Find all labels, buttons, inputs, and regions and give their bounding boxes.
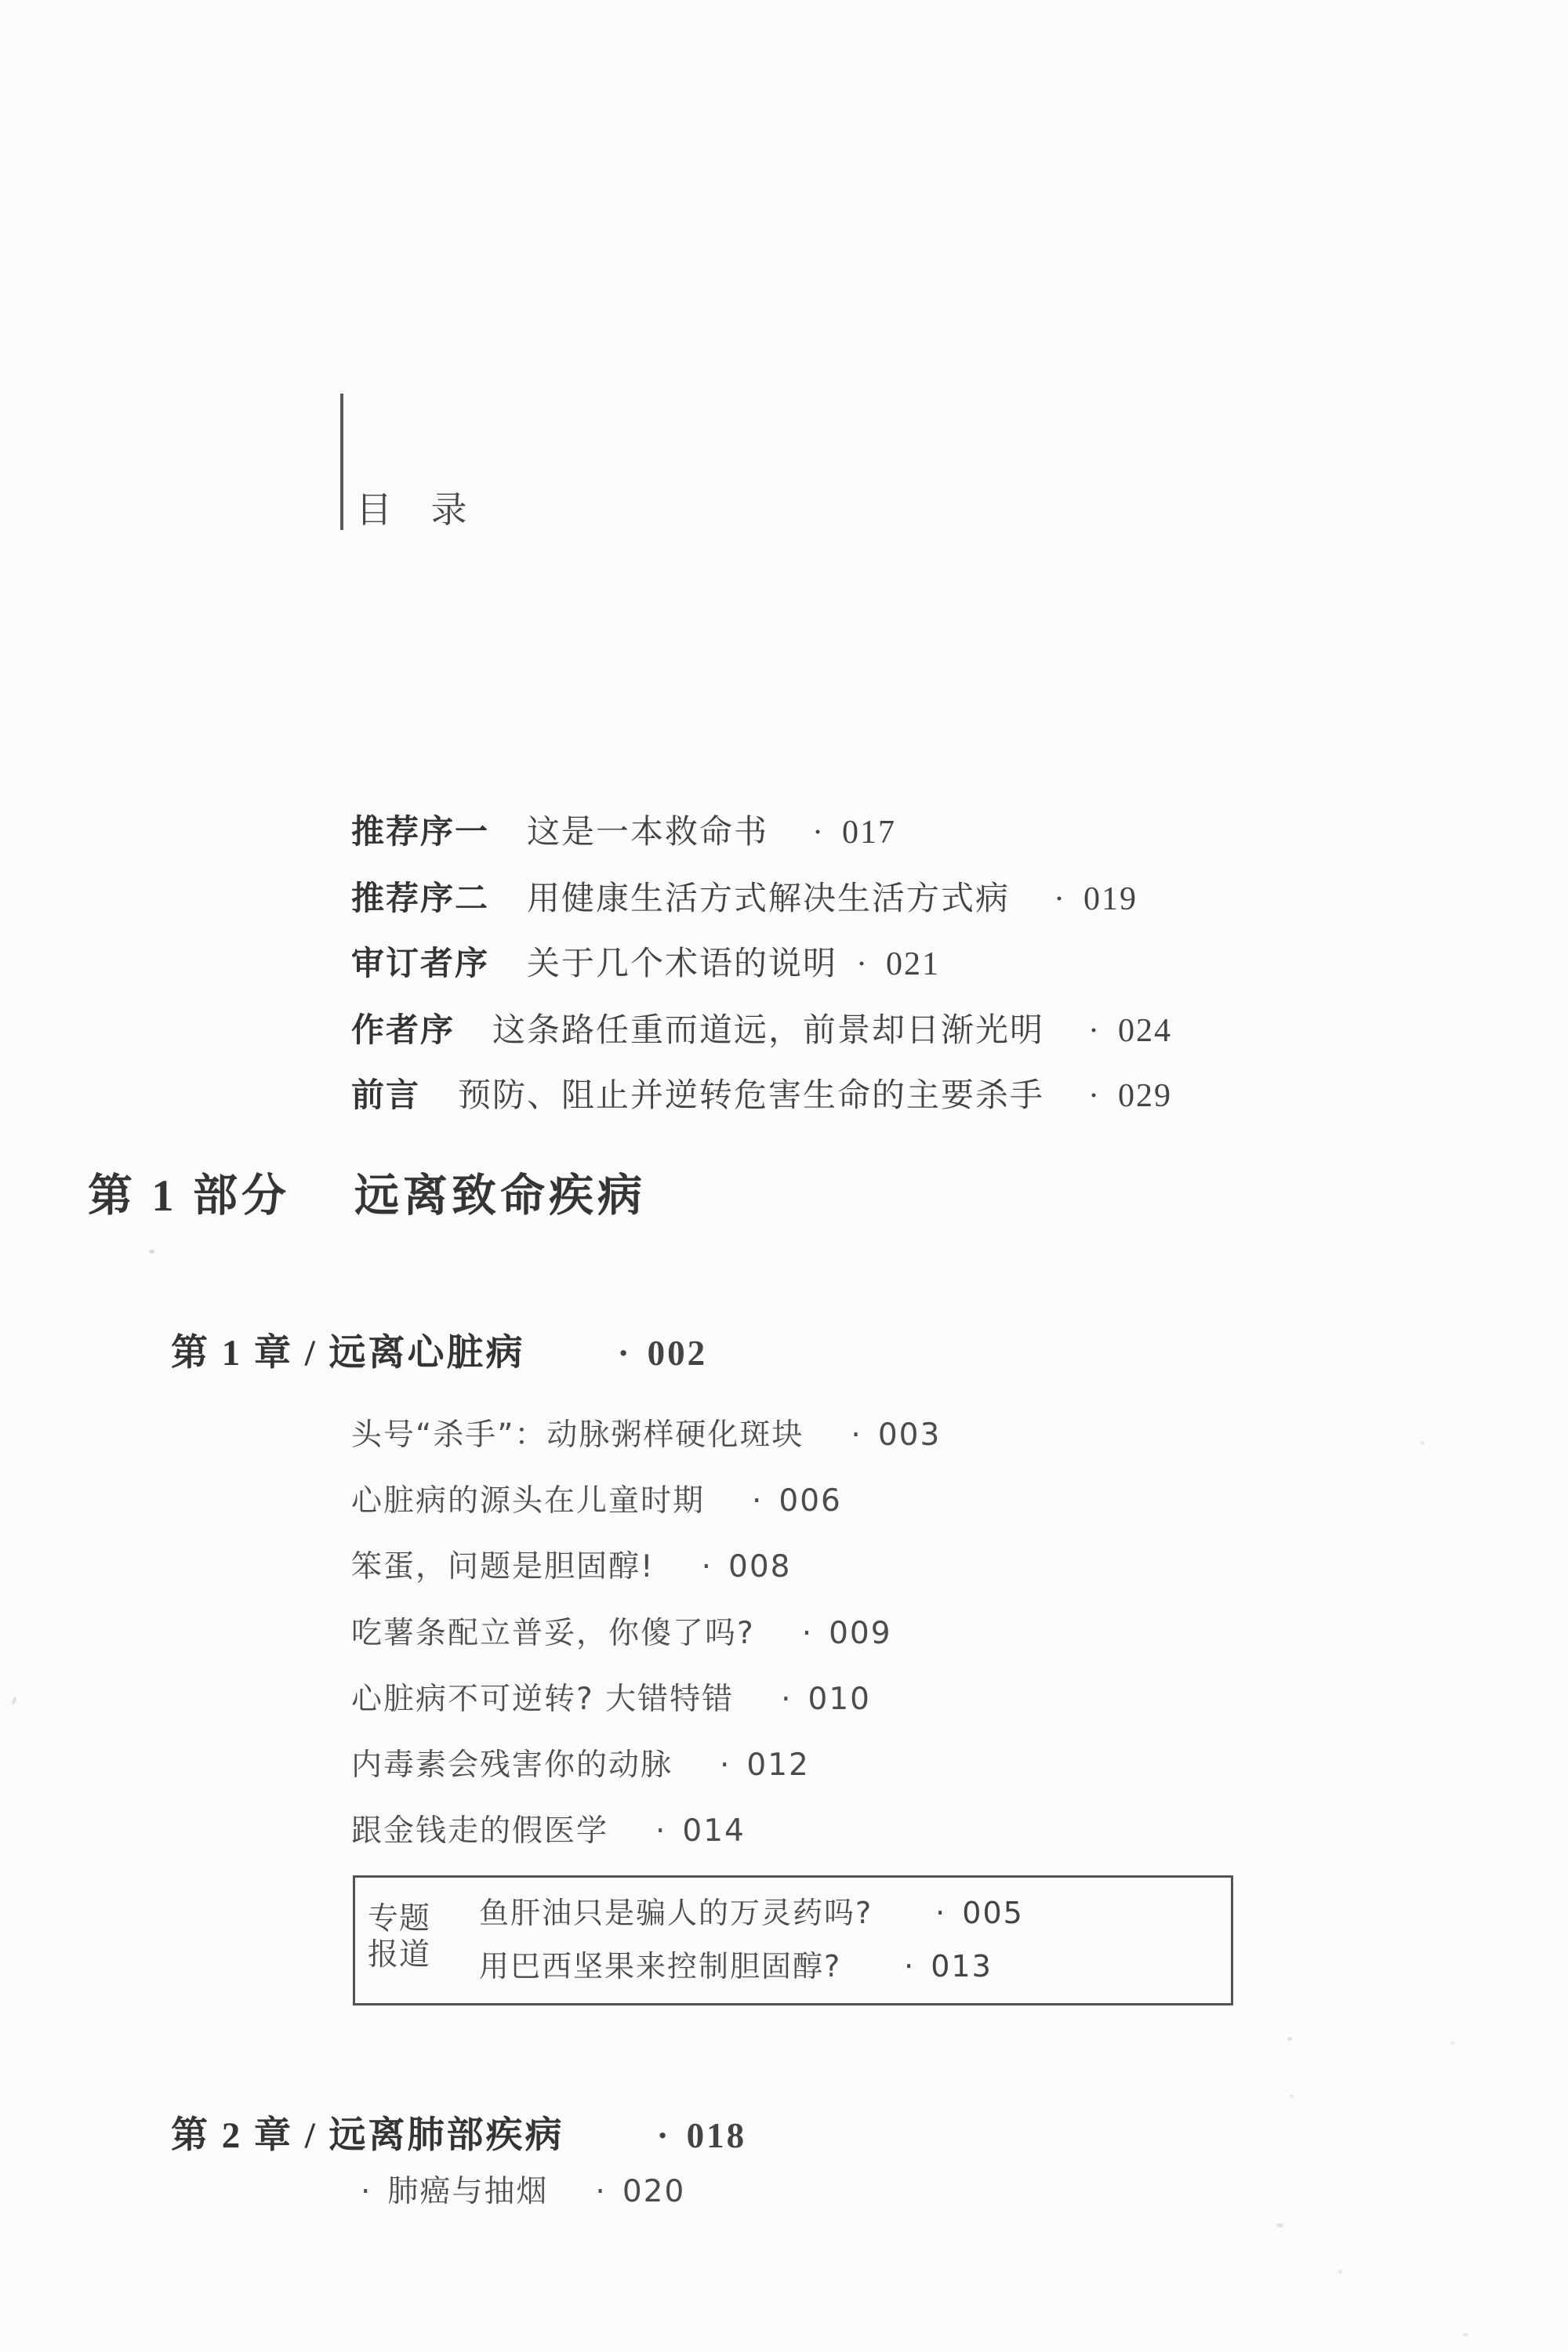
page-number-value: 009 [829,1615,891,1653]
dot-leader: · [904,1948,915,1984]
dot-leader: · [781,1681,792,1719]
page-number: ·018 [657,2114,747,2158]
chapter-title: 第 1 章 / 远离心脏病 [171,1331,525,1375]
page-number-value: 021 [886,945,940,984]
page-number: ·021 [856,945,940,984]
page-number: ·009 [802,1615,892,1653]
toc-entry-feature: 鱼肝油只是骗人的万灵药吗? ·005 [479,1895,1024,1931]
section-title: 内毒素会残害你的动脉 [351,1747,673,1784]
toc-entry-preface-5: 前言 预防、阻止并逆转危害生命的主要杀手 ·029 [351,1076,1172,1116]
section-title: 笨蛋，问题是胆固醇! [351,1548,655,1586]
dot-leader: · [812,813,825,852]
page-number: ·014 [655,1813,746,1850]
section-title: 心脏病不可逆转? 大错特错 [351,1681,734,1719]
item-bullet: · [361,2173,372,2211]
preface-title: 这是一本救命书 [527,813,768,852]
page-number: ·013 [904,1948,993,1984]
preface-title: 用健康生活方式解决生活方式病 [527,880,1010,919]
page-number-value: 005 [962,1895,1024,1931]
page-number: ·029 [1088,1076,1172,1116]
feature-title: 用巴西坚果来控制胆固醇? [479,1948,841,1984]
dot-leader: · [856,945,869,984]
chapter-1-heading: 第 1 章 / 远离心脏病 ·002 [171,1331,707,1375]
page-number: ·012 [720,1747,810,1784]
dot-leader: · [1088,1076,1101,1116]
preface-title: 预防、阻止并逆转危害生命的主要杀手 [458,1076,1044,1116]
dot-leader: · [1054,880,1066,919]
preface-label: 作者序 [351,1011,455,1051]
page-number: ·019 [1054,880,1138,919]
toc-entry-preface-2: 推荐序二 用健康生活方式解决生活方式病 ·019 [351,880,1138,919]
scan-speck [1276,2223,1283,2227]
page-number-value: 010 [808,1681,871,1719]
part-number: 第 1 部分 [88,1171,290,1221]
scan-speck [1421,1441,1425,1445]
toc-entry-section: 心脏病不可逆转? 大错特错 ·010 [351,1681,871,1719]
toc-entry-feature: 用巴西坚果来控制胆固醇? ·013 [479,1948,993,1984]
preface-label: 推荐序二 [351,880,489,919]
scan-speck [1287,2037,1292,2041]
part-title: 远离致命疾病 [354,1171,646,1221]
preface-title: 这条路任重而道远，前景却日渐光明 [492,1011,1044,1051]
page-number-value: 017 [842,813,896,852]
toc-entry-preface-1: 推荐序一 这是一本救命书 ·017 [351,813,896,852]
dot-leader: · [702,1548,713,1586]
page-number: ·002 [618,1331,708,1375]
page-number-value: 029 [1118,1076,1172,1116]
page-number: ·003 [851,1417,941,1454]
page-number: ·005 [935,1895,1024,1931]
dot-leader: · [752,1483,763,1520]
feature-box: 专题 报道 鱼肝油只是骗人的万灵药吗? ·005 用巴西坚果来控制胆固醇? ·0… [353,1875,1233,2005]
dot-leader: · [595,2173,606,2211]
toc-entry-section: 笨蛋，问题是胆固醇! ·008 [351,1548,792,1586]
preface-label: 推荐序一 [351,813,489,852]
toc-entry-preface-3: 审订者序 关于几个术语的说明 ·021 [351,945,940,984]
toc-entry-section: 心脏病的源头在儿童时期 ·006 [351,1483,842,1520]
toc-entry-section: 内毒素会残害你的动脉 ·012 [351,1747,810,1784]
dot-leader: · [618,1331,632,1375]
feature-box-label: 专题 报道 [368,1901,430,1973]
dot-leader: · [851,1417,862,1454]
toc-entry-preface-4: 作者序 这条路任重而道远，前景却日渐光明 ·024 [351,1011,1172,1051]
part-1-heading: 第 1 部分远离致命疾病 [88,1171,646,1221]
page-title: 目 录 [356,491,470,530]
scan-speck [11,1697,17,1706]
page-number-value: 008 [728,1548,791,1586]
dot-leader: · [655,1813,666,1850]
scan-speck [1338,2270,1342,2274]
dot-leader: · [935,1895,946,1931]
preface-label: 审订者序 [351,945,489,984]
page-number-value: 006 [779,1483,841,1520]
page-number: ·017 [812,813,896,852]
toc-page: { "glyphs": { "dot": "·" }, "toc": { "ti… [0,0,1568,2352]
toc-entry-section: · 肺癌与抽烟 ·020 [361,2173,685,2211]
scan-speck [1463,2333,1468,2336]
dot-leader: · [1088,1011,1101,1051]
scan-speck [149,1250,154,1254]
toc-entry-section: 跟金钱走的假医学 ·014 [351,1813,746,1850]
chapter-title: 第 2 章 / 远离肺部疾病 [171,2114,564,2158]
page-number-value: 002 [648,1331,708,1375]
dot-leader: · [657,2114,671,2158]
toc-entry-section: 头号“杀手”：动脉粥样硬化斑块 ·003 [351,1417,941,1454]
page-number-value: 020 [622,2173,685,2211]
page-number: ·020 [595,2173,685,2211]
chapter-2-heading: 第 2 章 / 远离肺部疾病 ·018 [171,2114,746,2158]
page-number-value: 019 [1083,880,1138,919]
page-number: ·024 [1088,1011,1172,1051]
page-number-value: 012 [746,1747,809,1784]
page-number-value: 014 [682,1813,745,1850]
section-title: 跟金钱走的假医学 [351,1813,608,1850]
section-title: 心脏病的源头在儿童时期 [351,1483,705,1520]
scan-speck [1450,2042,1454,2045]
page-number-value: 018 [687,2114,747,2158]
dot-leader: · [720,1747,731,1784]
section-title: 吃薯条配立普妥，你傻了吗? [351,1615,755,1653]
section-title: 肺癌与抽烟 [387,2173,548,2211]
scan-speck [1290,2094,1294,2098]
page-number: ·006 [752,1483,842,1520]
feature-box-label-line2: 报道 [368,1937,430,1973]
page-number: ·008 [702,1548,792,1586]
page-number-value: 003 [878,1417,941,1454]
feature-box-label-line1: 专题 [368,1901,430,1937]
dot-leader: · [802,1615,813,1653]
page-number: ·010 [781,1681,871,1719]
preface-title: 关于几个术语的说明 [527,945,837,984]
page-number-value: 013 [931,1948,993,1984]
section-title: 头号“杀手”：动脉粥样硬化斑块 [351,1417,804,1454]
title-rule [340,394,343,530]
feature-title: 鱼肝油只是骗人的万灵药吗? [479,1895,873,1931]
page-number-value: 024 [1118,1011,1172,1051]
preface-label: 前言 [351,1076,420,1116]
toc-entry-section: 吃薯条配立普妥，你傻了吗? ·009 [351,1615,892,1653]
